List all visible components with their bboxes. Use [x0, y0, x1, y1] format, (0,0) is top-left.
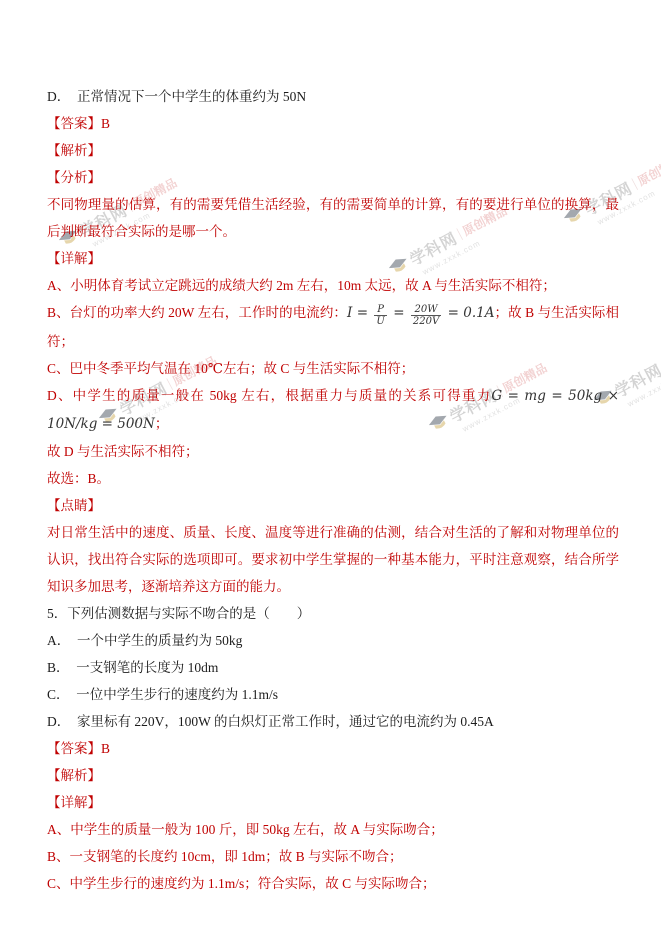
- fraction-p-over-u: PU: [374, 304, 386, 328]
- detail-d-tail: ；: [155, 416, 169, 431]
- watermark-separator: |: [630, 176, 640, 191]
- fraction-denominator: 220V: [411, 316, 441, 328]
- current-formula: I = PU = 20W220V = 0.1A: [347, 305, 494, 321]
- q4-tip-header: 【点睛】: [47, 492, 619, 519]
- formula-result: = 0.1A: [448, 305, 495, 321]
- watermark-tagline: 原创精品: [634, 152, 661, 190]
- q4-detail-header: 【详解】: [47, 245, 619, 272]
- answer-label: 【答案】: [47, 116, 101, 131]
- q5-stem: 5．下列估测数据与实际不吻合的是（ ）: [47, 600, 619, 627]
- detail-b-lead: B、台灯的功率大约 20W 左右，工作时的电流约：: [47, 305, 347, 320]
- q4-detail-b: B、台灯的功率大约 20W 左右，工作时的电流约：I = PU = 20W220…: [47, 299, 619, 355]
- detail-d-lead: D、中学生的质量一般在 50kg 左右，根据重力与质量的关系可得重力: [47, 388, 491, 403]
- q4-detail-d: D、中学生的质量一般在 50kg 左右，根据重力与质量的关系可得重力G = mg…: [47, 382, 619, 438]
- watermark-domain: www.zxxk.com: [626, 352, 661, 408]
- q5-detail-c: C、中学生步行的速度约为 1.1m/s；符合实际，故 C 与实际吻合；: [47, 870, 619, 897]
- q4-detail-a: A、小明体育考试立定跳远的成绩大约 2m 左右，10m 太远，故 A 与生活实际…: [47, 272, 619, 299]
- formula-lhs: I =: [347, 305, 368, 321]
- q5-option-a: A． 一个中学生的质量约为 50kg: [47, 627, 619, 654]
- q4-analysis-header: 【解析】: [47, 137, 619, 164]
- fraction-numerator: 20W: [411, 304, 441, 317]
- q4-fenxi-text: 不同物理量的估算，有的需要凭借生活经验，有的需要简单的计算，有的要进行单位的换算…: [47, 191, 619, 245]
- fraction-denominator: U: [374, 316, 386, 328]
- document-content: D． 正常情况下一个中学生的体重约为 50N 【答案】B 【解析】 【分析】 不…: [47, 83, 619, 897]
- answer-value: B: [101, 741, 110, 756]
- q5-option-b: B． 一支钢笔的长度为 10dm: [47, 654, 619, 681]
- fraction-20w-over-220v: 20W220V: [411, 304, 441, 328]
- q4-tip-text: 对日常生活中的速度、质量、长度、温度等进行准确的估测，结合对生活的了解和对物理单…: [47, 519, 619, 600]
- q5-option-c: C． 一位中学生步行的速度约为 1.1m/s: [47, 681, 619, 708]
- q4-detail-d-cont: 故 D 与生活实际不相符；: [47, 438, 619, 465]
- q5-option-d: D． 家里标有 220V，100W 的白炽灯正常工作时，通过它的电流约为 0.4…: [47, 708, 619, 735]
- q4-detail-c: C、巴中冬季平均气温在 10℃左右；故 C 与生活实际不相符；: [47, 355, 619, 382]
- q5-detail-b: B、一支钢笔的长度约 10cm，即 1dm；故 B 与实际不吻合；: [47, 843, 619, 870]
- q4-conclusion: 故选：B。: [47, 465, 619, 492]
- q5-answer-line: 【答案】B: [47, 735, 619, 762]
- q4-option-d: D． 正常情况下一个中学生的体重约为 50N: [47, 83, 619, 110]
- answer-label: 【答案】: [47, 741, 101, 756]
- q5-detail-header: 【详解】: [47, 789, 619, 816]
- fraction-numerator: P: [374, 304, 386, 317]
- document-page: 学科网 | 原创精品 www.zxxk.com 学科网 | 原创精品 www.z…: [0, 0, 661, 935]
- q4-fenxi-header: 【分析】: [47, 164, 619, 191]
- q5-detail-a: A、中学生的质量一般为 100 斤，即 50kg 左右，故 A 与实际吻合；: [47, 816, 619, 843]
- q5-analysis-header: 【解析】: [47, 762, 619, 789]
- formula-equals: =: [393, 305, 404, 321]
- q4-answer-line: 【答案】B: [47, 110, 619, 137]
- answer-value: B: [101, 116, 110, 131]
